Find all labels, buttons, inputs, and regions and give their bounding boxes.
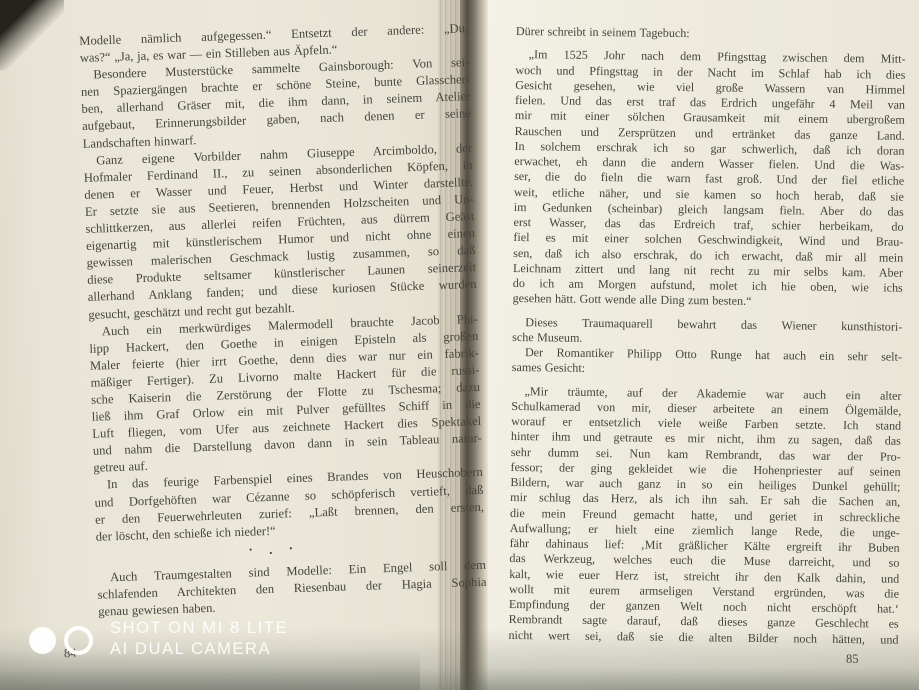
paragraph: Auch ein merkwürdiges Malermodell brauch…: [89, 311, 483, 478]
right-page-text: Dürer schreibt in seinem Tagebuch:„Im 15…: [508, 24, 906, 647]
separator-dot: •: [269, 548, 273, 564]
paragraph: Dieses Traumaquarell bewahrt das Wiener …: [512, 314, 902, 349]
paragraph: Besondere Musterstücke sammelte Gainsbor…: [80, 54, 472, 152]
watermark-line2: AI DUAL CAMERA: [110, 639, 288, 660]
paragraph: „Im 1525 Johr nach dem Pfingsttag zwisch…: [513, 47, 906, 311]
ring-circle-icon: [64, 626, 93, 655]
paragraph: Ganz eigene Vorbilder nahm Giuseppe Arci…: [83, 140, 477, 324]
separator-dot: •: [249, 544, 253, 560]
page-number-right: 85: [846, 652, 859, 667]
paragraph: „Mir träumte, auf der Akademie war auch …: [508, 383, 901, 647]
camera-watermark: SHOT ON MI 8 LITE AI DUAL CAMERA: [0, 618, 450, 678]
paragraph: Der Romantiker Philipp Otto Runge hat au…: [512, 345, 902, 380]
separator-dot: •: [289, 543, 293, 559]
solid-circle-icon: [29, 627, 56, 654]
watermark-text: SHOT ON MI 8 LITE AI DUAL CAMERA: [110, 618, 288, 660]
watermark-line1: SHOT ON MI 8 LITE: [110, 618, 288, 639]
paragraph: In das feurige Farbenspiel eines Brandes…: [94, 464, 485, 545]
book-photo: Modelle nämlich aufgegessen.“ Entsetzt d…: [0, 0, 919, 690]
left-page-text: Modelle nämlich aufgegessen.“ Entsetzt d…: [79, 20, 487, 621]
